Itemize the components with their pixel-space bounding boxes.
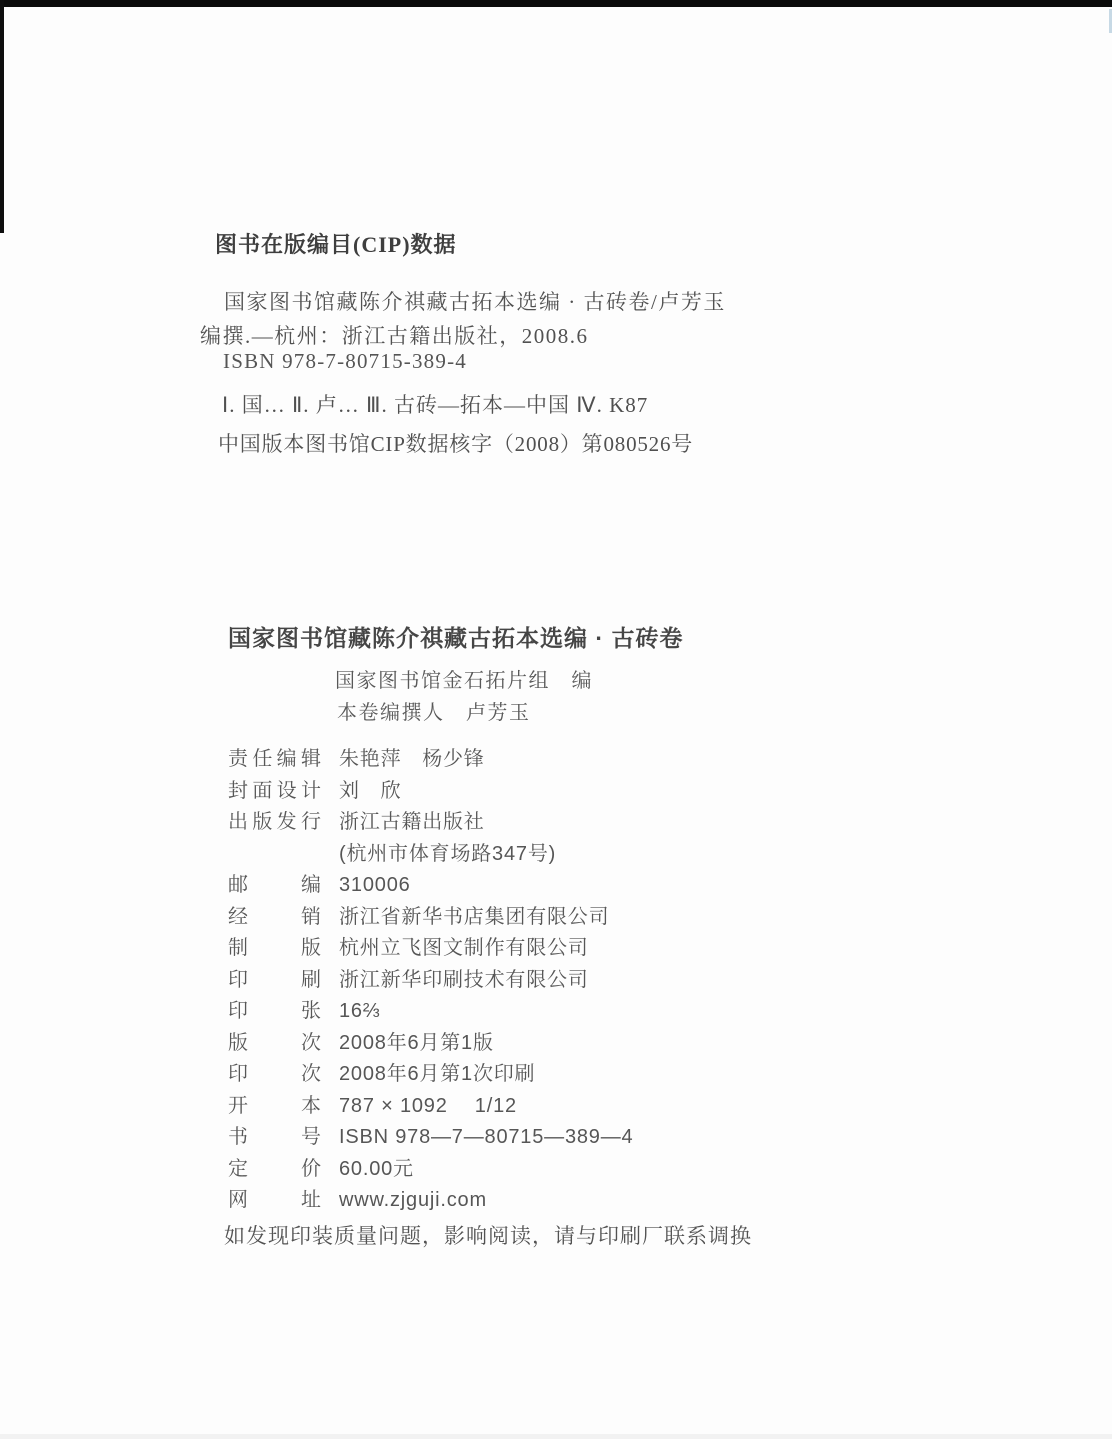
colophon-label: 经 销 [228,902,321,934]
quality-note: 如发现印装质量问题，影响阅读，请与印刷厂联系调换 [224,1220,752,1250]
colophon-value: ISBN 978—7—80715—389—4 [339,1122,633,1154]
colophon-row: 版 次 2008年6月第1版 [228,1028,633,1060]
colophon-row: 印 刷 浙江新华印刷技术有限公司 [228,965,633,997]
colophon-row: 邮 编 310006 [228,870,633,902]
colophon-label: 印 次 [228,1059,321,1091]
colophon-label: 开 本 [228,1091,321,1123]
cip-entry-line1: 国家图书馆藏陈介祺藏古拓本选编 · 古砖卷/卢芳玉 [224,286,726,316]
colophon-row: (杭州市体育场路347号) [228,839,633,871]
book-title: 国家图书馆藏陈介祺藏古拓本选编 · 古砖卷 [228,620,683,653]
colophon-label: 责任编辑 [228,744,321,776]
colophon-label: 定 价 [228,1154,321,1186]
colophon-value: 16⅔ [339,996,380,1028]
scan-artifact-bottom-strip [0,1434,1112,1439]
scan-artifact-top-bar [0,0,1112,7]
colophon-value: 杭州立飞图文制作有限公司 [339,933,589,965]
cip-isbn-line: ISBN 978-7-80715-389-4 [223,349,467,374]
colophon-value: 浙江新华印刷技术有限公司 [339,965,589,997]
colophon-value: 60.00元 [339,1154,414,1186]
colophon-label: 网 址 [228,1185,321,1217]
colophon-row: 制 版 杭州立飞图文制作有限公司 [228,933,633,965]
colophon-value: 浙江省新华书店集团有限公司 [339,902,609,934]
cip-heading: 图书在版编目(CIP)数据 [215,228,457,259]
scan-artifact-left-bar [0,0,4,233]
colophon-row: 开 本 787 × 1092 1/12 [228,1091,633,1123]
colophon-value: (杭州市体育场路347号) [339,839,556,871]
cip-entry-line2: 编撰.—杭州：浙江古籍出版社，2008.6 [200,320,589,350]
colophon-label: 出版发行 [228,807,321,839]
editor-line: 国家图书馆金石拓片组 编 [335,664,593,693]
colophon-value: 浙江古籍出版社 [339,807,485,839]
colophon-value: 2008年6月第1次印刷 [339,1059,535,1091]
colophon-label: 印 刷 [228,965,321,997]
colophon-row: 责任编辑 朱艳萍 杨少锋 [228,744,633,776]
colophon-value: 2008年6月第1版 [339,1028,494,1060]
colophon-row: 书 号 ISBN 978—7—80715—389—4 [228,1122,633,1154]
colophon-row: 印 次 2008年6月第1次印刷 [228,1059,633,1091]
colophon-value: 787 × 1092 1/12 [339,1091,517,1123]
colophon-label: 封面设计 [228,776,321,808]
colophon-label: 邮 编 [228,870,321,902]
colophon-row: 出版发行 浙江古籍出版社 [228,807,633,839]
cip-classification-line: Ⅰ. 国… Ⅱ. 卢… Ⅲ. 古砖—拓本—中国 Ⅳ. K87 [222,389,648,419]
colophon-label: 印 张 [228,996,321,1028]
colophon-value: www.zjguji.com [339,1185,487,1217]
colophon-row: 封面设计 刘 欣 [228,776,633,808]
colophon-row: 定 价 60.00元 [228,1154,633,1186]
cip-record-number: 中国版本图书馆CIP数据核字（2008）第080526号 [218,428,693,458]
colophon-value: 310006 [339,870,411,902]
colophon-row: 网 址 www.zjguji.com [228,1185,633,1217]
compiler-line: 本卷编撰人 卢芳玉 [337,696,531,725]
colophon-value: 朱艳萍 杨少锋 [339,744,485,776]
colophon-label: 制 版 [228,933,321,965]
colophon-label: 书 号 [228,1122,321,1154]
colophon-row: 印 张 16⅔ [228,996,633,1028]
book-copyright-page: 图书在版编目(CIP)数据 国家图书馆藏陈介祺藏古拓本选编 · 古砖卷/卢芳玉 … [0,0,1112,1439]
colophon-row: 经 销 浙江省新华书店集团有限公司 [228,902,633,934]
colophon-label: 版 次 [228,1028,321,1060]
colophon-value: 刘 欣 [339,776,401,808]
colophon: 责任编辑 朱艳萍 杨少锋 封面设计 刘 欣 出版发行 浙江古籍出版社 (杭州市体… [228,744,633,1217]
